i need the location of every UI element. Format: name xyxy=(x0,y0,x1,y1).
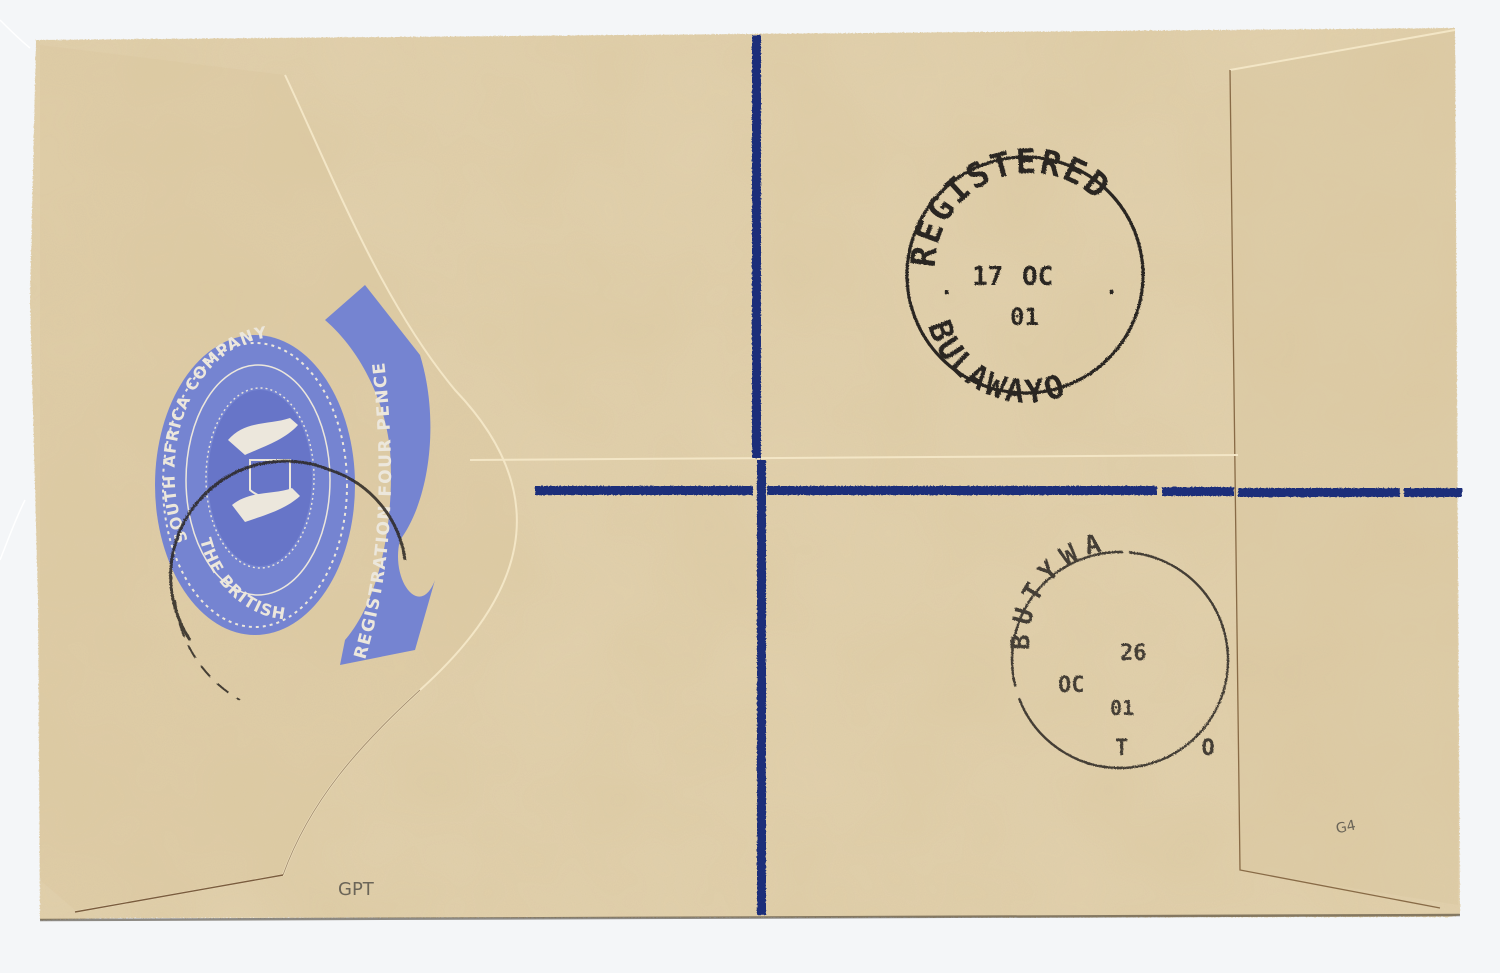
postmark-month: OC xyxy=(1022,262,1053,292)
postmark-year: 01 xyxy=(1010,303,1039,331)
postmark-day: 17 xyxy=(972,262,1003,292)
postmark-year: 01 xyxy=(1110,696,1134,720)
thread xyxy=(0,20,30,560)
postmark-day: 26 xyxy=(1120,641,1147,666)
right-flap xyxy=(1230,30,1458,908)
pencil-note-gpt: GPT xyxy=(338,879,375,900)
envelope-photo: REGISTRATION FOUR PENCE SOUTH AFRICA COM… xyxy=(0,0,1500,973)
postmark-month: OC xyxy=(1058,673,1085,698)
postmark-bottom-letters: T O xyxy=(1115,736,1245,761)
svg-text:·: · xyxy=(940,281,953,306)
svg-text:·: · xyxy=(1105,281,1118,306)
